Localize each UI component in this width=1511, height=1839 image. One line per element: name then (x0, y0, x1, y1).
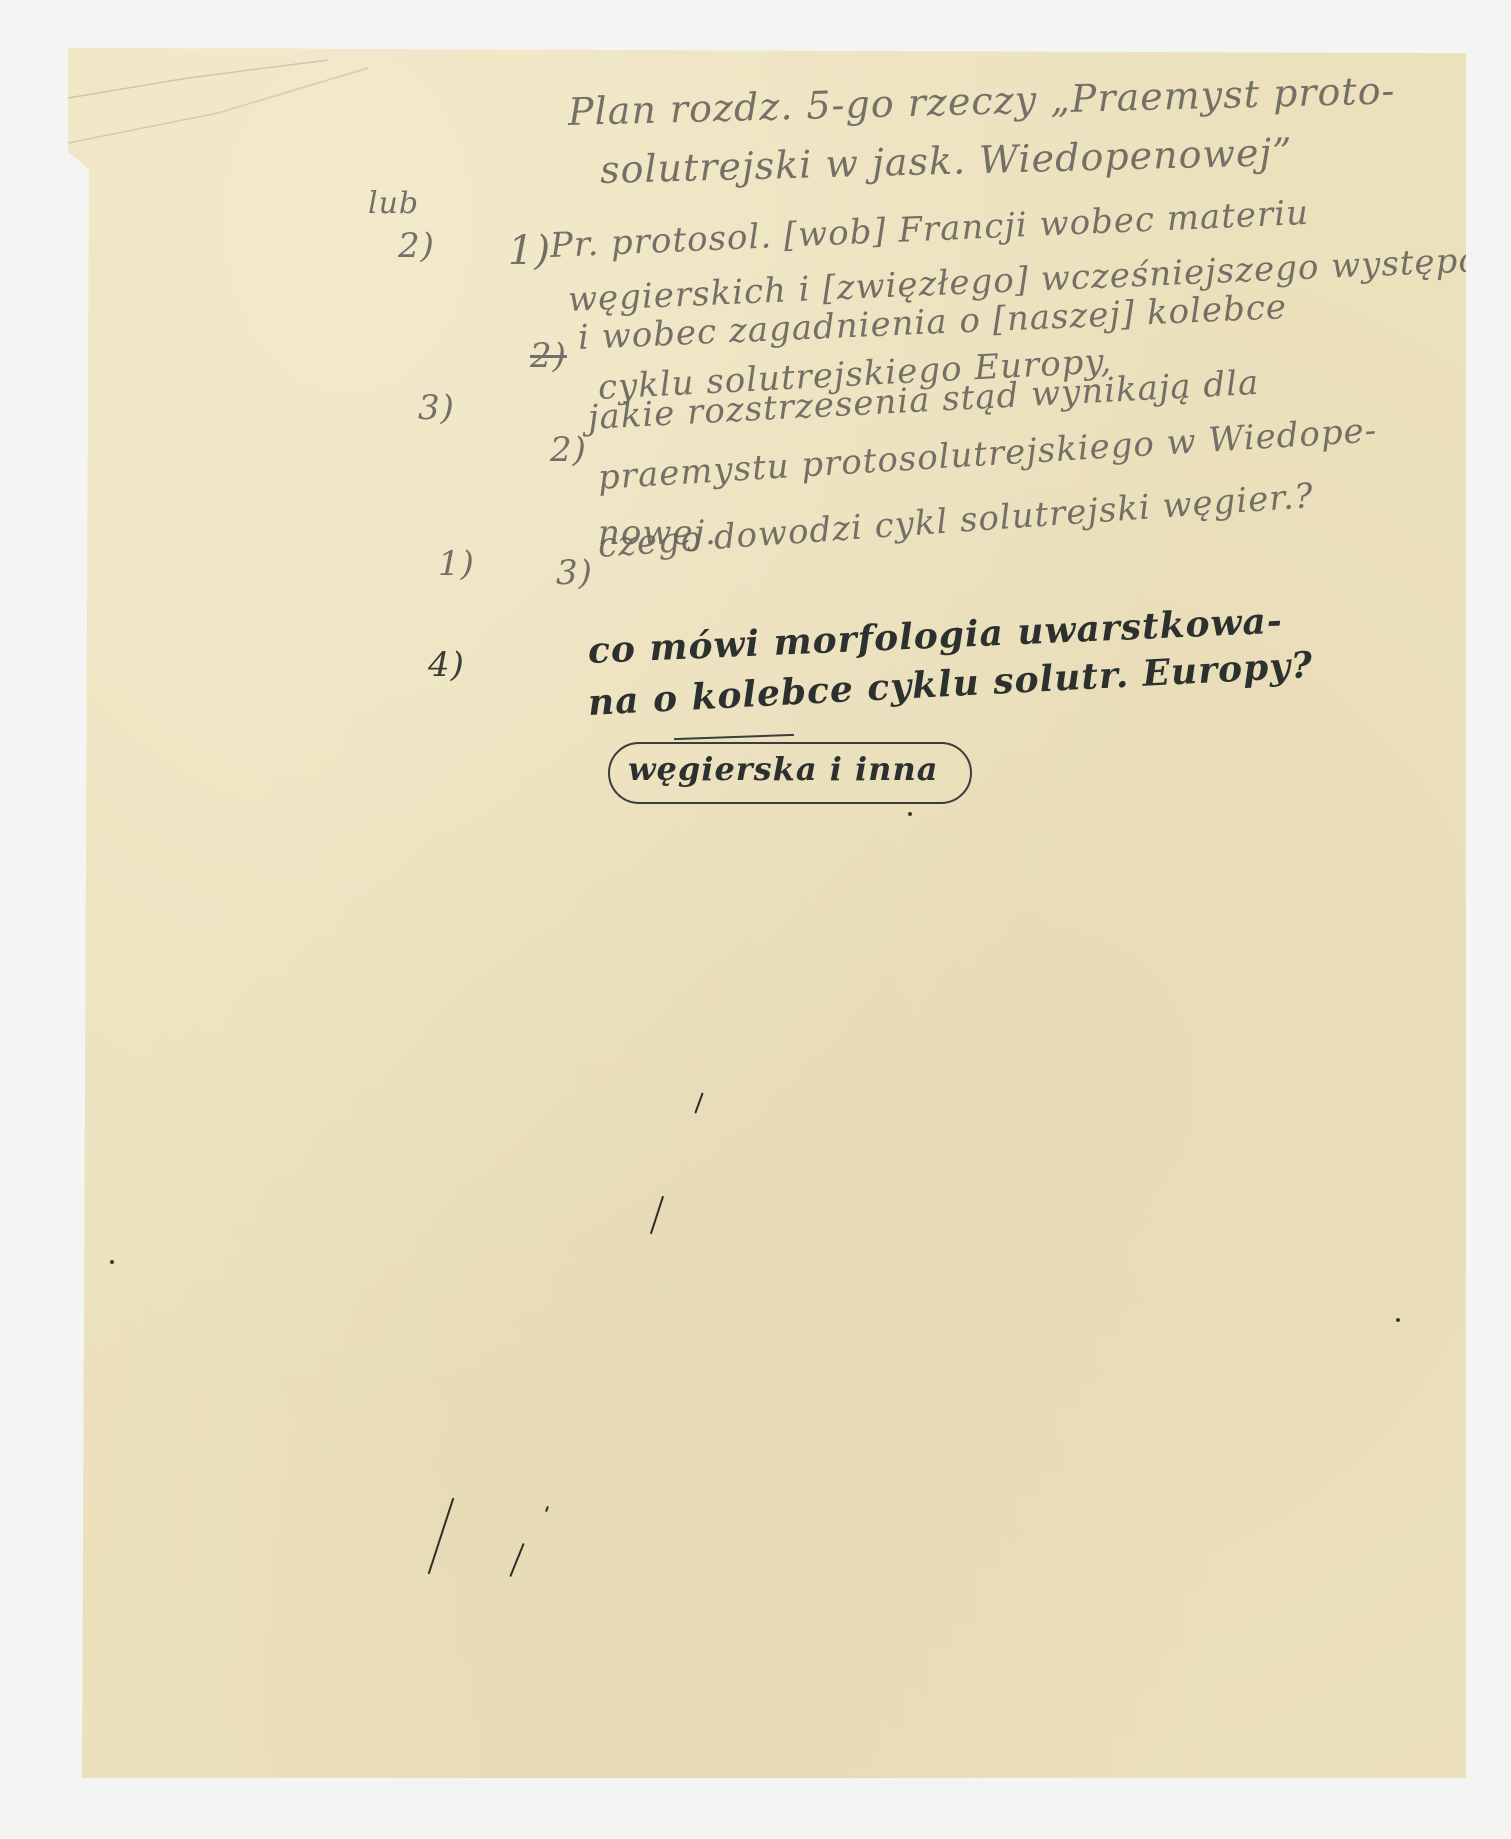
stray-dot (908, 812, 912, 816)
title-line-2: solutrejski w jask. Wiedopenowej” (599, 130, 1293, 192)
item-3-number: 3) (556, 553, 593, 593)
stray-mark (650, 1196, 664, 1235)
kolebce-underline (674, 734, 794, 740)
stray-mark (694, 1092, 703, 1113)
item-1-struck-number: 2) (530, 336, 567, 376)
margin-lub: lub (368, 186, 419, 221)
stray-dot (1396, 1318, 1400, 1322)
margin-number-3: 3) (418, 388, 455, 428)
item-1-number: 1) (508, 228, 551, 274)
stray-mark (428, 1498, 455, 1575)
stray-mark (509, 1543, 524, 1577)
circled-text: węgierska i inna (628, 750, 938, 788)
margin-number-4: 4) (428, 645, 465, 685)
title-line-1: Plan rozdz. 5-go rzeczy „Praemyst proto- (567, 68, 1395, 134)
item-2-number: 2) (550, 430, 587, 470)
margin-number-2: 2) (398, 226, 435, 266)
manuscript-page: Plan rozdz. 5-go rzeczy „Praemyst proto-… (68, 48, 1466, 1778)
stray-dot (110, 1260, 114, 1264)
margin-number-1: 1) (438, 544, 475, 584)
stray-mark (545, 1506, 549, 1512)
